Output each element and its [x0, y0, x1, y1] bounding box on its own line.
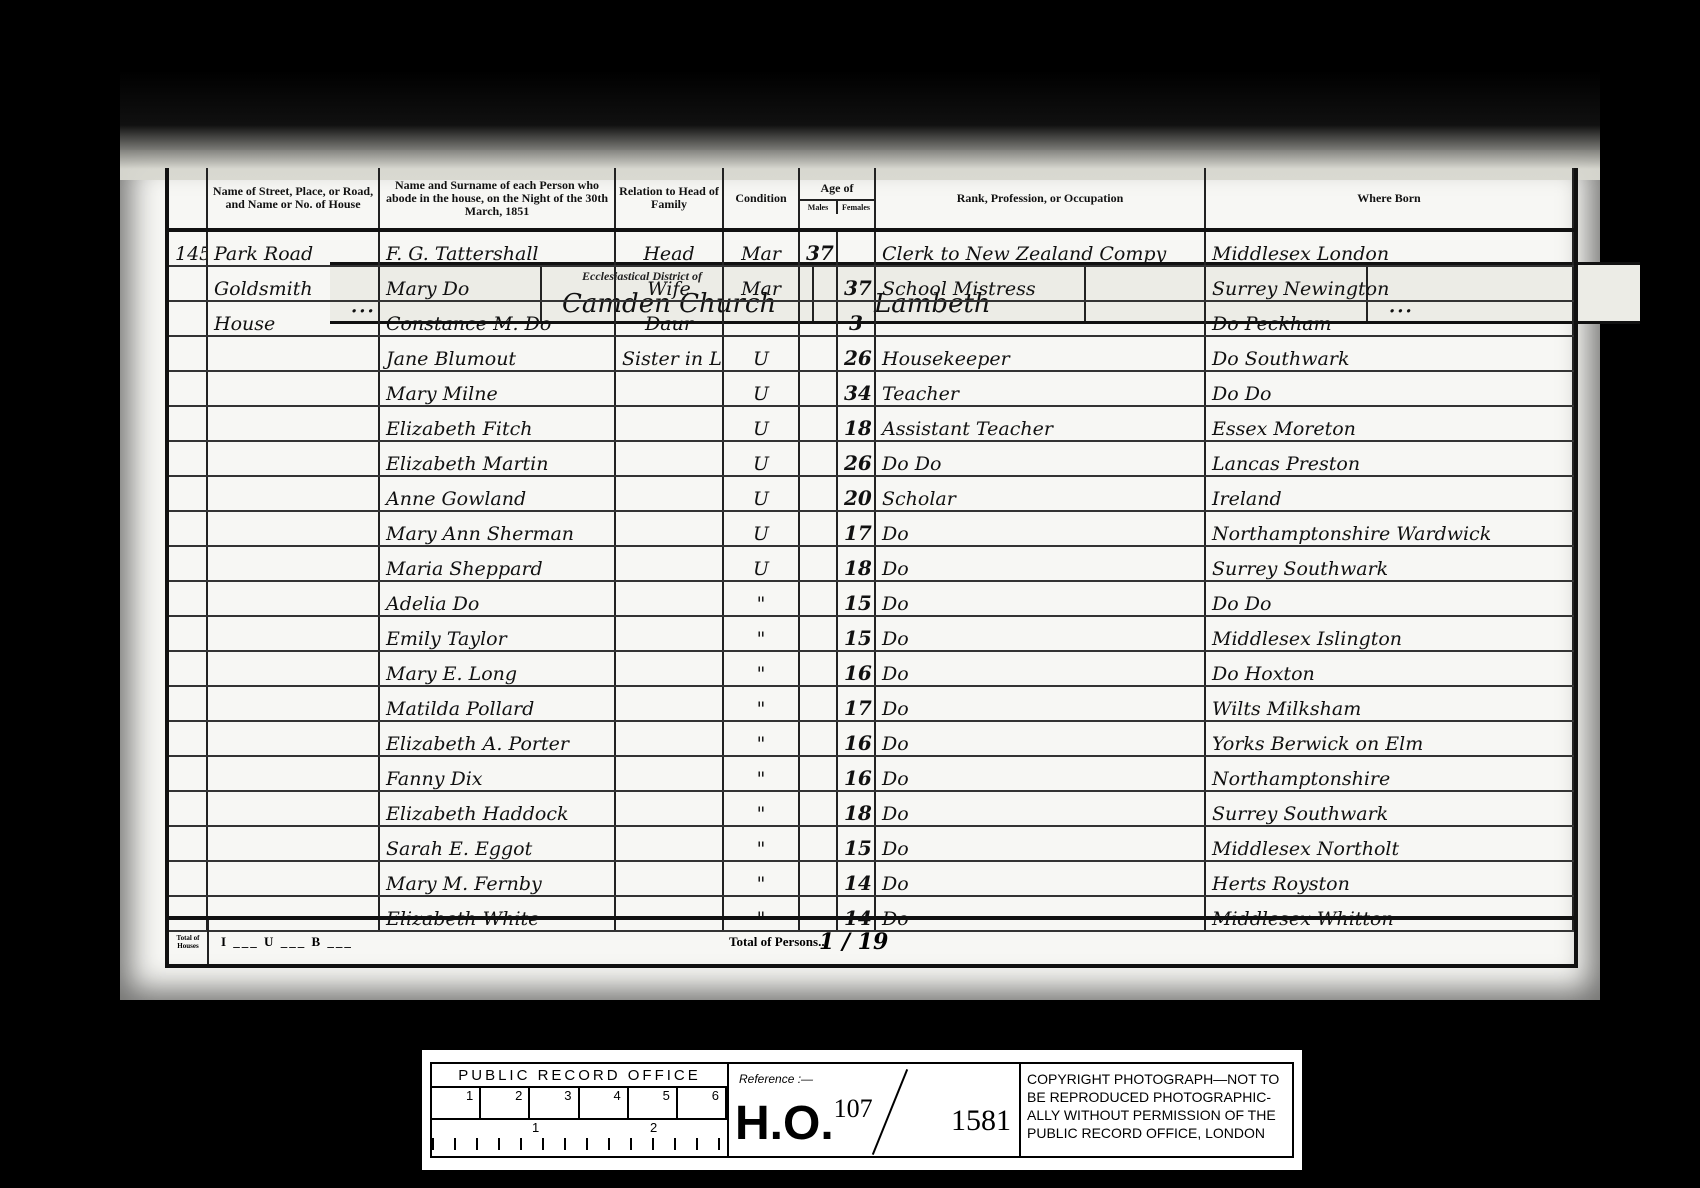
- address-cell: [207, 336, 379, 371]
- condition-cell: ": [723, 581, 799, 616]
- table-row: Elizabeth FitchU18Assistant TeacherEssex…: [169, 406, 1573, 441]
- where-born-cell: Surrey Southwark: [1205, 791, 1573, 826]
- name-cell: Elizabeth Haddock: [379, 791, 615, 826]
- schedule-cell: [169, 546, 207, 581]
- table-row: Mary E. Long"16DoDo Hoxton: [169, 651, 1573, 686]
- name-cell: Fanny Dix: [379, 756, 615, 791]
- address-cell: [207, 476, 379, 511]
- age-male-cell: [799, 266, 837, 301]
- schedule-cell: [169, 581, 207, 616]
- census-rows: 145Park RoadF. G. TattershallHeadMar37Cl…: [169, 230, 1573, 931]
- condition-cell: ": [723, 756, 799, 791]
- header-age: Age of Males Females: [799, 168, 875, 230]
- relation-cell: [615, 721, 723, 756]
- occupation-cell: Do: [875, 616, 1205, 651]
- age-female-cell: 15: [837, 581, 875, 616]
- occupation-cell: Do: [875, 826, 1205, 861]
- relation-cell: [615, 476, 723, 511]
- age-female-cell: 16: [837, 756, 875, 791]
- name-cell: Jane Blumout: [379, 336, 615, 371]
- relation-cell: Wife: [615, 266, 723, 301]
- condition-cell: ": [723, 791, 799, 826]
- where-born-cell: Middlesex Northolt: [1205, 826, 1573, 861]
- schedule-cell: 145: [169, 230, 207, 266]
- condition-cell: [723, 301, 799, 336]
- name-cell: Adelia Do: [379, 581, 615, 616]
- age-male-cell: [799, 546, 837, 581]
- condition-cell: U: [723, 406, 799, 441]
- age-male-cell: [799, 441, 837, 476]
- where-born-cell: Lancas Preston: [1205, 441, 1573, 476]
- occupation-cell: School Mistress: [875, 266, 1205, 301]
- age-male-cell: [799, 581, 837, 616]
- pro-label-inner: PUBLIC RECORD OFFICE 1 2 3 4 5 6 1 2 Ref…: [430, 1062, 1294, 1158]
- relation-cell: [615, 686, 723, 721]
- address-cell: [207, 791, 379, 826]
- occupation-cell: Do Do: [875, 441, 1205, 476]
- total-houses-iub: I ___ U ___ B ___: [221, 934, 421, 950]
- name-cell: Constance M. Do: [379, 301, 615, 336]
- relation-cell: [615, 441, 723, 476]
- where-born-cell: Herts Royston: [1205, 861, 1573, 896]
- occupation-cell: Do: [875, 546, 1205, 581]
- relation-cell: [615, 406, 723, 441]
- relation-cell: Head: [615, 230, 723, 266]
- condition-cell: ": [723, 651, 799, 686]
- age-female-cell: 18: [837, 406, 875, 441]
- condition-cell: U: [723, 336, 799, 371]
- occupation-cell: Do: [875, 686, 1205, 721]
- schedule-cell: [169, 371, 207, 406]
- age-female-cell: [837, 230, 875, 266]
- total-persons-label: Total of Persons...: [729, 934, 828, 950]
- header-occupation: Rank, Profession, or Occupation: [875, 168, 1205, 230]
- age-female-cell: 20: [837, 476, 875, 511]
- table-row: Maria SheppardU18DoSurrey Southwark: [169, 546, 1573, 581]
- age-male-cell: [799, 791, 837, 826]
- relation-cell: Daur: [615, 301, 723, 336]
- occupation-cell: Do: [875, 721, 1205, 756]
- table-row: Elizabeth A. Porter"16DoYorks Berwick on…: [169, 721, 1573, 756]
- ruler-mark: 2: [481, 1088, 530, 1118]
- header-name: Name and Surname of each Person who abod…: [379, 168, 615, 230]
- ruler-mark: 6: [678, 1088, 727, 1118]
- header-relation: Relation to Head of Family: [615, 168, 723, 230]
- schedule-cell: [169, 616, 207, 651]
- schedule-cell: [169, 861, 207, 896]
- condition-cell: ": [723, 861, 799, 896]
- name-cell: Emily Taylor: [379, 616, 615, 651]
- schedule-cell: [169, 301, 207, 336]
- age-male-cell: [799, 721, 837, 756]
- table-row: Elizabeth MartinU26Do DoLancas Preston: [169, 441, 1573, 476]
- where-born-cell: Do Hoxton: [1205, 651, 1573, 686]
- name-cell: Matilda Pollard: [379, 686, 615, 721]
- condition-cell: Mar: [723, 266, 799, 301]
- relation-cell: [615, 861, 723, 896]
- address-cell: [207, 686, 379, 721]
- schedule-cell: [169, 686, 207, 721]
- occupation-cell: Assistant Teacher: [875, 406, 1205, 441]
- condition-cell: U: [723, 476, 799, 511]
- address-cell: [207, 406, 379, 441]
- age-male-cell: [799, 301, 837, 336]
- age-female-cell: 17: [837, 686, 875, 721]
- address-cell: [207, 721, 379, 756]
- age-male-cell: [799, 651, 837, 686]
- age-female-cell: 18: [837, 791, 875, 826]
- age-female-cell: 26: [837, 336, 875, 371]
- table-row: Emily Taylor"15DoMiddlesex Islington: [169, 616, 1573, 651]
- where-born-cell: Northamptonshire: [1205, 756, 1573, 791]
- schedule-cell: [169, 756, 207, 791]
- occupation-cell: Do: [875, 791, 1205, 826]
- where-born-cell: Surrey Newington: [1205, 266, 1573, 301]
- class-number: 107: [834, 1094, 873, 1123]
- ruler-inches: 1 2 3 4 5 6: [432, 1088, 727, 1120]
- name-cell: Elizabeth A. Porter: [379, 721, 615, 756]
- ruler-mark: 1: [532, 1120, 539, 1135]
- header-age-label: Age of: [803, 182, 871, 195]
- relation-cell: [615, 651, 723, 686]
- address-cell: [207, 616, 379, 651]
- schedule-cell: [169, 476, 207, 511]
- schedule-cell: [169, 826, 207, 861]
- table-row: Matilda Pollard"17DoWilts Milksham: [169, 686, 1573, 721]
- where-born-cell: Do Do: [1205, 581, 1573, 616]
- public-record-office-label: PUBLIC RECORD OFFICE 1 2 3 4 5 6 1 2 Ref…: [420, 1048, 1304, 1172]
- occupation-cell: [875, 301, 1205, 336]
- pro-title: PUBLIC RECORD OFFICE: [432, 1064, 727, 1088]
- total-houses-label: Total of Houses: [169, 920, 209, 964]
- occupation-cell: Do: [875, 581, 1205, 616]
- address-cell: [207, 581, 379, 616]
- header-age-females: Females: [838, 201, 874, 214]
- relation-cell: [615, 371, 723, 406]
- reference-label: Reference :—: [739, 1072, 813, 1086]
- address-cell: Park Road: [207, 230, 379, 266]
- condition-cell: ": [723, 826, 799, 861]
- address-cell: [207, 651, 379, 686]
- census-sheet: Name of Street, Place, or Road, and Name…: [165, 168, 1578, 968]
- condition-cell: U: [723, 546, 799, 581]
- table-row: Sarah E. Eggot"15DoMiddlesex Northolt: [169, 826, 1573, 861]
- age-male-cell: [799, 686, 837, 721]
- address-cell: [207, 371, 379, 406]
- where-born-cell: Do Do: [1205, 371, 1573, 406]
- table-row: HouseConstance M. DoDaur3Do Peckham: [169, 301, 1573, 336]
- occupation-cell: Clerk to New Zealand Compy: [875, 230, 1205, 266]
- table-row: Adelia Do"15DoDo Do: [169, 581, 1573, 616]
- where-born-cell: Middlesex Islington: [1205, 616, 1573, 651]
- name-cell: Mary Milne: [379, 371, 615, 406]
- relation-cell: [615, 546, 723, 581]
- address-cell: [207, 511, 379, 546]
- ruler-ticks: 1 2: [432, 1120, 727, 1150]
- table-row: Fanny Dix"16DoNorthamptonshire: [169, 756, 1573, 791]
- relation-cell: [615, 616, 723, 651]
- ruler-mark: 2: [650, 1120, 657, 1135]
- age-male-cell: [799, 616, 837, 651]
- occupation-cell: Do: [875, 756, 1205, 791]
- relation-cell: [615, 791, 723, 826]
- age-male-cell: [799, 511, 837, 546]
- age-male-cell: [799, 406, 837, 441]
- table-row: Mary Ann ShermanU17DoNorthamptonshire Wa…: [169, 511, 1573, 546]
- occupation-cell: Housekeeper: [875, 336, 1205, 371]
- age-male-cell: [799, 861, 837, 896]
- condition-cell: ": [723, 721, 799, 756]
- age-female-cell: 16: [837, 651, 875, 686]
- total-persons-value: 1 / 19: [819, 929, 888, 955]
- address-cell: [207, 756, 379, 791]
- schedule-cell: [169, 441, 207, 476]
- relation-cell: Sister in Law: [615, 336, 723, 371]
- address-cell: [207, 546, 379, 581]
- where-born-cell: Yorks Berwick on Elm: [1205, 721, 1573, 756]
- table-row: Anne GowlandU20ScholarIreland: [169, 476, 1573, 511]
- name-cell: Mary E. Long: [379, 651, 615, 686]
- condition-cell: Mar: [723, 230, 799, 266]
- header-where-born: Where Born: [1205, 168, 1573, 230]
- reference-slash: [872, 1069, 908, 1155]
- age-subheaders: Males Females: [800, 199, 874, 214]
- address-cell: Goldsmith: [207, 266, 379, 301]
- where-born-cell: Ireland: [1205, 476, 1573, 511]
- ruler-mark: 4: [580, 1088, 629, 1118]
- address-cell: [207, 861, 379, 896]
- relation-cell: [615, 511, 723, 546]
- name-cell: Elizabeth Fitch: [379, 406, 615, 441]
- occupation-cell: Do: [875, 511, 1205, 546]
- ruler-mark: 3: [530, 1088, 579, 1118]
- occupation-cell: Scholar: [875, 476, 1205, 511]
- occupation-cell: Teacher: [875, 371, 1205, 406]
- name-cell: Maria Sheppard: [379, 546, 615, 581]
- address-cell: [207, 826, 379, 861]
- schedule-cell: [169, 266, 207, 301]
- name-cell: F. G. Tattershall: [379, 230, 615, 266]
- census-table: Name of Street, Place, or Road, and Name…: [169, 168, 1574, 932]
- series-code: H.O.: [735, 1097, 834, 1150]
- name-cell: Mary M. Fernby: [379, 861, 615, 896]
- age-female-cell: 37: [837, 266, 875, 301]
- table-row: 145Park RoadF. G. TattershallHeadMar37Cl…: [169, 230, 1573, 266]
- name-cell: Mary Do: [379, 266, 615, 301]
- relation-cell: [615, 581, 723, 616]
- age-male-cell: [799, 476, 837, 511]
- ruler-mark: 5: [629, 1088, 678, 1118]
- table-row: Elizabeth Haddock"18DoSurrey Southwark: [169, 791, 1573, 826]
- condition-cell: ": [723, 686, 799, 721]
- schedule-cell: [169, 406, 207, 441]
- reference-series: H.O.107: [735, 1094, 873, 1151]
- age-female-cell: 34: [837, 371, 875, 406]
- relation-cell: [615, 826, 723, 861]
- piece-number: 1581: [951, 1104, 1011, 1138]
- totals-row: Total of Houses I ___ U ___ B ___ Total …: [169, 916, 1574, 964]
- where-born-cell: Do Peckham: [1205, 301, 1573, 336]
- age-male-cell: [799, 756, 837, 791]
- age-female-cell: 15: [837, 616, 875, 651]
- header-address: Name of Street, Place, or Road, and Name…: [207, 168, 379, 230]
- age-female-cell: 26: [837, 441, 875, 476]
- header-condition: Condition: [723, 168, 799, 230]
- relation-cell: [615, 756, 723, 791]
- occupation-cell: Do: [875, 861, 1205, 896]
- address-cell: House: [207, 301, 379, 336]
- header-row: Name of Street, Place, or Road, and Name…: [169, 168, 1573, 230]
- where-born-cell: Middlesex London: [1205, 230, 1573, 266]
- name-cell: Sarah E. Eggot: [379, 826, 615, 861]
- schedule-cell: [169, 511, 207, 546]
- occupation-cell: Do: [875, 651, 1205, 686]
- schedule-cell: [169, 791, 207, 826]
- name-cell: Anne Gowland: [379, 476, 615, 511]
- copyright-notice: COPYRIGHT PHOTOGRAPH—NOT TO BE REPRODUCE…: [1021, 1064, 1292, 1156]
- header-schedule: [169, 168, 207, 230]
- age-male-cell: [799, 336, 837, 371]
- condition-cell: U: [723, 371, 799, 406]
- schedule-cell: [169, 721, 207, 756]
- condition-cell: U: [723, 511, 799, 546]
- age-female-cell: 14: [837, 861, 875, 896]
- age-male-cell: [799, 826, 837, 861]
- age-male-cell: [799, 371, 837, 406]
- age-female-cell: 16: [837, 721, 875, 756]
- where-born-cell: Wilts Milksham: [1205, 686, 1573, 721]
- where-born-cell: Essex Moreton: [1205, 406, 1573, 441]
- age-female-cell: 18: [837, 546, 875, 581]
- pro-reference-section: Reference :— H.O.107 1581: [729, 1064, 1021, 1156]
- name-cell: Mary Ann Sherman: [379, 511, 615, 546]
- condition-cell: ": [723, 616, 799, 651]
- pro-ruler-section: PUBLIC RECORD OFFICE 1 2 3 4 5 6 1 2: [432, 1064, 729, 1156]
- table-row: Mary MilneU34TeacherDo Do: [169, 371, 1573, 406]
- header-age-males: Males: [800, 201, 838, 214]
- name-cell: Elizabeth Martin: [379, 441, 615, 476]
- address-cell: [207, 441, 379, 476]
- age-male-cell: 37: [799, 230, 837, 266]
- schedule-cell: [169, 651, 207, 686]
- table-row: GoldsmithMary DoWifeMar37School Mistress…: [169, 266, 1573, 301]
- where-born-cell: Surrey Southwark: [1205, 546, 1573, 581]
- schedule-cell: [169, 336, 207, 371]
- condition-cell: U: [723, 441, 799, 476]
- age-female-cell: 15: [837, 826, 875, 861]
- where-born-cell: Northamptonshire Wardwick: [1205, 511, 1573, 546]
- age-female-cell: 17: [837, 511, 875, 546]
- age-female-cell: 3: [837, 301, 875, 336]
- table-row: Jane BlumoutSister in LawU26HousekeeperD…: [169, 336, 1573, 371]
- table-row: Mary M. Fernby"14DoHerts Royston: [169, 861, 1573, 896]
- ruler-mark: 1: [432, 1088, 481, 1118]
- where-born-cell: Do Southwark: [1205, 336, 1573, 371]
